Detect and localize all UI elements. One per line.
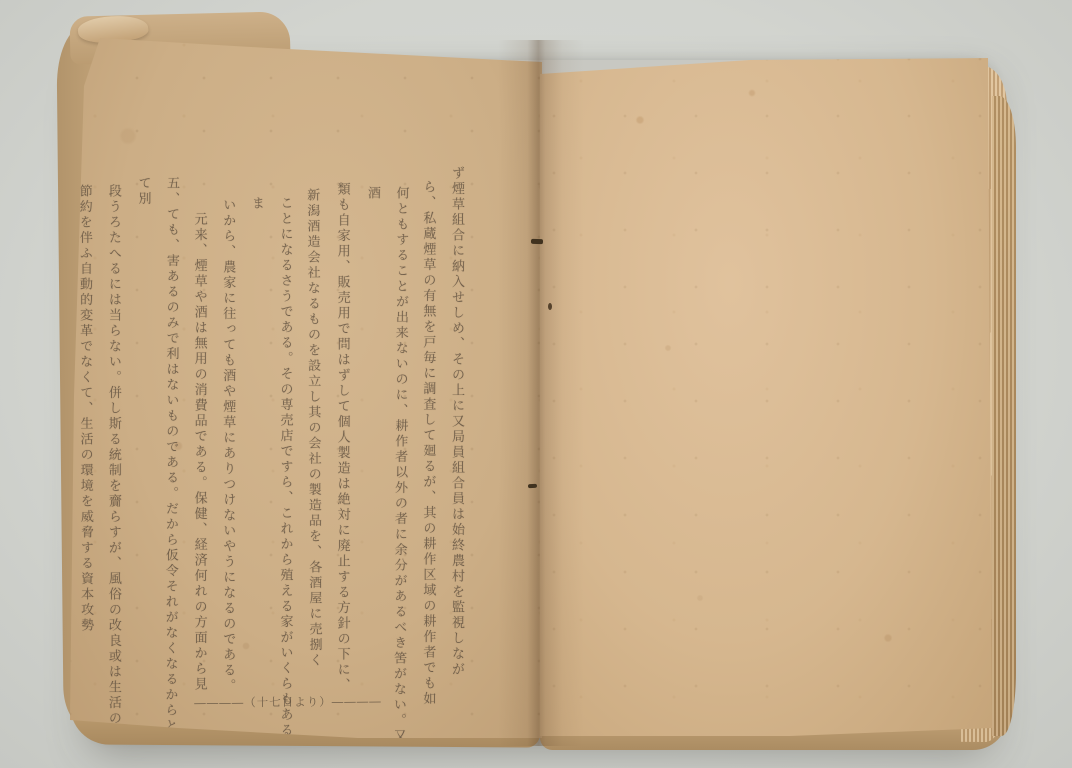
text-column: 類も自家用、販売用で問はずして個人製造は絶対に廃止する方針の下に、 — [327, 164, 356, 744]
handwritten-text-block: ず煙草組合に納入せしめ、その上に又局員組合員は始終農村を監視しなが ら、私蔵煙草… — [98, 164, 470, 744]
binding-stitch — [528, 484, 537, 488]
text-column: 元来、煙草や酒は無用の消費品である。保健、経済何れの方面から見 — [184, 164, 213, 744]
left-page: ず煙草組合に納入せしめ、その上に又局員組合員は始終農村を監視しなが ら、私蔵煙草… — [58, 16, 542, 746]
text-column: ず煙草組合に納入せしめ、その上に又局員組合員は始終農村を監視しなが — [441, 164, 470, 744]
text-column: は年一年近かく現状に過ぎないのであるから、斯る不自然な勢力の圧迫か — [13, 164, 42, 744]
text-column: 何ともすることが出来ないのに、耕作者以外の者に余分があるべき筈がない。又酒 — [354, 164, 414, 744]
text-column: ら、私蔵煙草の有無を戸毎に調査して廻るが、其の耕作区域の耕作者でも如 — [413, 164, 442, 744]
text-column: ことになるさうである。その専売店ですら、これから殖える家がいくらもあるま — [241, 164, 298, 744]
paper-fleck — [548, 303, 552, 310]
text-column: いから、農家に往っても酒や煙草にありつけないやうになるのである。 — [213, 164, 242, 744]
text-column: 五、ても、害あるのみで利はないものである。だから仮令それがなくなるからとて別 — [126, 164, 185, 744]
photo-background: ず煙草組合に納入せしめ、その上に又局員組合員は始終農村を監視しなが ら、私蔵煙草… — [0, 0, 1072, 768]
page-footer: ――――（十七日より）―――― — [178, 693, 398, 711]
text-column: 段うろたへるには当らない。併し斯る統制を齎らすが、風俗の改良或は生活の — [98, 164, 127, 744]
right-page-blank — [540, 48, 992, 740]
binding-stitch — [531, 239, 543, 244]
text-column: 新潟酒造会社なるものを設立し其の会社の製造品を、各酒屋に売捌く — [297, 164, 329, 744]
book-gutter — [498, 40, 584, 746]
fore-edge-stack-outer — [992, 96, 1016, 736]
